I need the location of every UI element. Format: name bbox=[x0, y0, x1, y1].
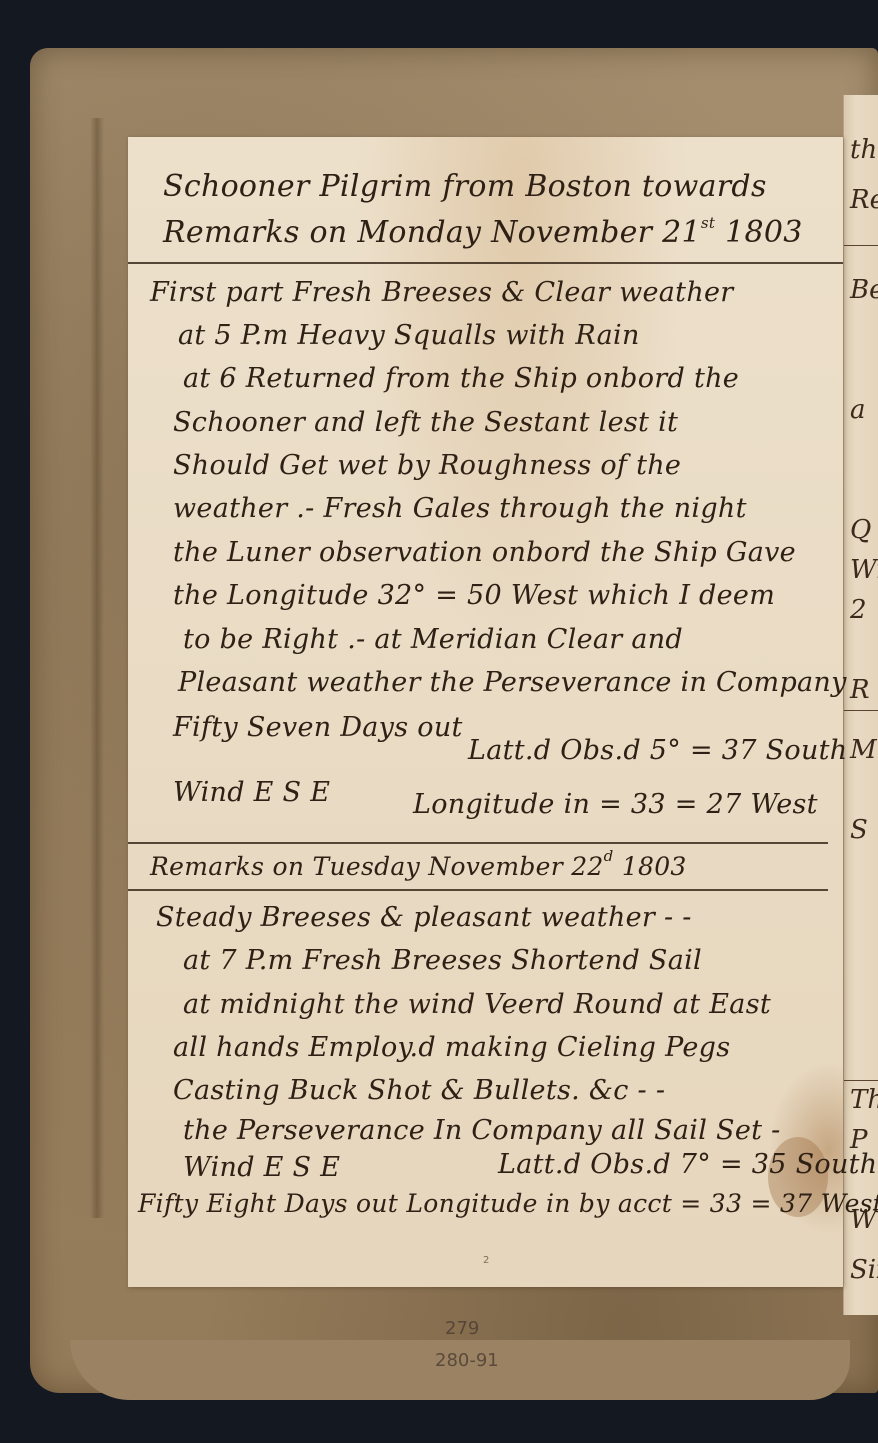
heading-rule bbox=[128, 262, 843, 264]
entry1-wind: Wind E S E bbox=[173, 777, 330, 808]
entry1-days-out: Fifty Seven Days out bbox=[173, 712, 463, 743]
entry2-latitude: Latt.d Obs.d 7° = 35 South bbox=[498, 1149, 878, 1180]
entry2-heading-year: 1803 bbox=[622, 852, 687, 881]
entry1-line: at 6 Returned from the Ship onbord the bbox=[183, 363, 739, 394]
adjacent-fragment: 2 bbox=[850, 595, 867, 625]
adjacent-fragment: M bbox=[850, 735, 877, 765]
entry2-line: Steady Breeses & pleasant weather - - bbox=[156, 902, 692, 933]
entry1-heading: Remarks on Monday November 21st 1803 bbox=[163, 215, 803, 250]
adjacent-rule bbox=[844, 1080, 878, 1081]
entry2-line: the Perseverance In Company all Sail Set… bbox=[183, 1115, 781, 1146]
adjacent-fragment: Be bbox=[850, 275, 878, 305]
entry2-line: Casting Buck Shot & Bullets. &c - - bbox=[173, 1075, 665, 1106]
entry1-line: Should Get wet by Roughness of the bbox=[173, 450, 681, 481]
pencil-mark-bottom: 280-91 bbox=[435, 1350, 499, 1371]
entry2-days-out-longitude: Fifty Eight Days out Longitude in by acc… bbox=[138, 1189, 878, 1218]
heading-rule bbox=[128, 889, 828, 891]
adjacent-fragment: a bbox=[850, 395, 866, 425]
entry2-line: at 7 P.m Fresh Breeses Shortend Sail bbox=[183, 945, 702, 976]
entry1-heading-year: 1803 bbox=[725, 215, 803, 250]
entry1-line: at 5 P.m Heavy Squalls with Rain bbox=[178, 320, 640, 351]
manuscript-page: Schooner Pilgrim from Boston towards Rem… bbox=[128, 137, 843, 1287]
adjacent-fragment: S bbox=[850, 815, 868, 845]
adjacent-rule bbox=[844, 245, 878, 246]
adjacent-fragment: The bbox=[850, 1085, 878, 1115]
adjacent-fragment: Q bbox=[850, 515, 871, 545]
entry2-line: at midnight the wind Veerd Round at East bbox=[183, 989, 771, 1020]
page-number: 2 bbox=[483, 1255, 489, 1266]
entry1-latitude: Latt.d Obs.d 5° = 37 South bbox=[468, 735, 848, 766]
date-superscript: st bbox=[701, 214, 715, 232]
entry1-line: First part Fresh Breeses & Clear weather bbox=[150, 277, 734, 308]
entry1-longitude: Longitude in = 33 = 27 West bbox=[413, 789, 818, 820]
entry1-line: the Longitude 32° = 50 West which I deem bbox=[173, 580, 775, 611]
entry1-line: Schooner and left the Sestant lest it bbox=[173, 407, 678, 438]
adjacent-rule bbox=[844, 710, 878, 711]
adjacent-page-edge: the Re Be a Q Wi 2 R M S The P W Sixt bbox=[843, 95, 878, 1315]
entry1-line: weather .- Fresh Gales through the night bbox=[173, 493, 747, 524]
log-title: Schooner Pilgrim from Boston towards bbox=[163, 169, 767, 204]
entry-divider bbox=[128, 842, 828, 844]
entry2-line: all hands Employ.d making Cieling Pegs bbox=[173, 1032, 730, 1063]
pencil-mark-top: 279 bbox=[445, 1318, 479, 1339]
entry1-line: to be Right .- at Meridian Clear and bbox=[183, 624, 683, 655]
date-superscript: d bbox=[604, 847, 614, 865]
adjacent-fragment: Sixt bbox=[850, 1255, 878, 1285]
entry2-heading: Remarks on Tuesday November 22d 1803 bbox=[150, 852, 687, 881]
entry2-heading-date: Remarks on Tuesday November 22 bbox=[150, 852, 604, 881]
entry1-line: the Luner observation onbord the Ship Ga… bbox=[173, 537, 796, 568]
adjacent-fragment: Re bbox=[850, 185, 878, 215]
entry2-wind: Wind E S E bbox=[183, 1152, 340, 1183]
adjacent-fragment: Wi bbox=[850, 555, 878, 585]
cover-fold bbox=[90, 118, 104, 1218]
entry1-line: Pleasant weather the Perseverance in Com… bbox=[178, 667, 847, 698]
entry1-heading-date: Remarks on Monday November 21 bbox=[163, 215, 701, 250]
adjacent-fragment: R bbox=[850, 675, 870, 705]
adjacent-fragment: the bbox=[850, 135, 878, 165]
